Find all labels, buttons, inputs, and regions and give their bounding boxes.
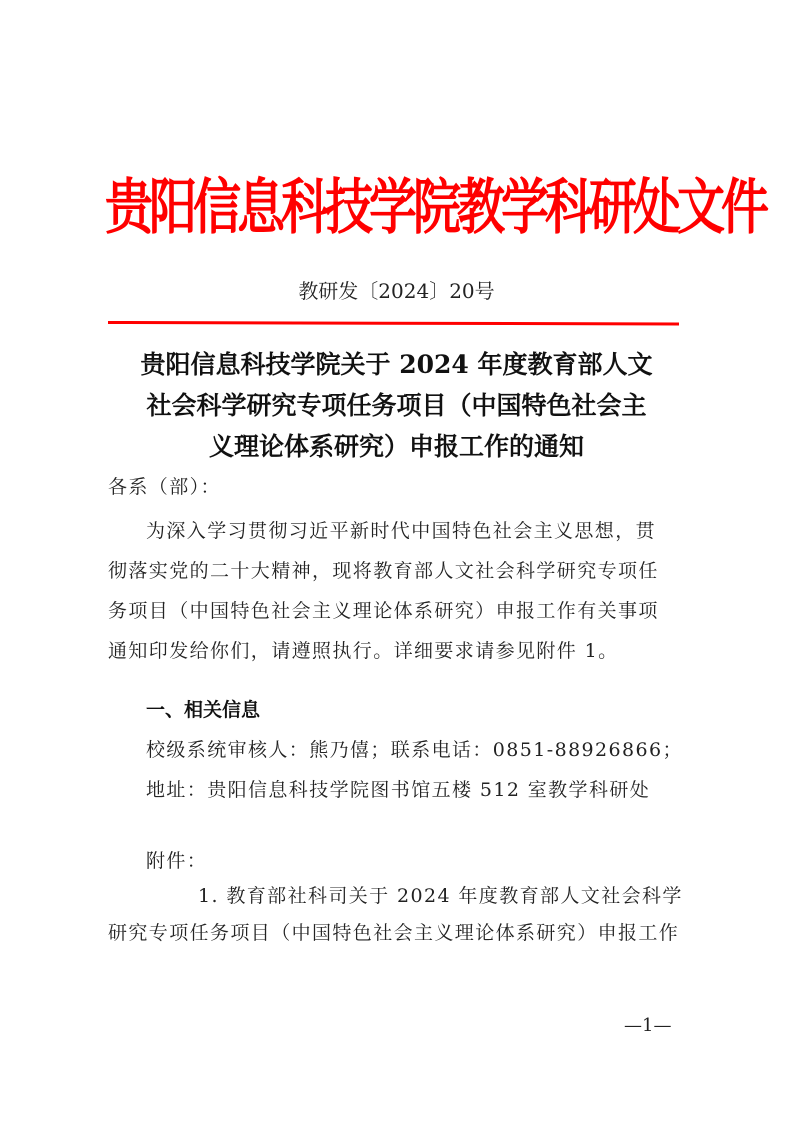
notice-title-line: 义理论体系研究）申报工作的通知: [0, 426, 793, 467]
notice-title-line: 社会科学研究专项任务项目（中国特色社会主: [0, 385, 793, 426]
attachment-item-line: 1. 教育部社科司关于 2024 年度教育部人文社会科学: [198, 881, 683, 908]
red-divider-rule: [108, 321, 679, 325]
notice-title: 贵阳信息科技学院关于 2024 年度教育部人文 社会科学研究专项任务项目（中国特…: [0, 344, 793, 467]
intro-paragraph-line: 通知印发给你们，请遵照执行。详细要求请参见附件 1。: [108, 636, 619, 663]
intro-paragraph-line: 为深入学习贯彻习近平新时代中国特色社会主义思想，贯: [146, 516, 656, 543]
intro-paragraph-line: 务项目（中国特色社会主义理论体系研究）申报工作有关事项: [108, 596, 659, 623]
contact-line: 校级系统审核人：熊乃僖；联系电话：0851-88926866；: [146, 735, 683, 762]
page-number: —1—: [624, 1015, 671, 1036]
section-heading: 一、相关信息: [146, 695, 260, 722]
issuer-title: 贵阳信息科技学院教学科研处文件: [105, 158, 690, 258]
attachment-item-line: 研究专项任务项目（中国特色社会主义理论体系研究）申报工作: [108, 918, 679, 945]
notice-title-line: 贵阳信息科技学院关于 2024 年度教育部人文: [0, 344, 793, 385]
intro-paragraph-line: 彻落实党的二十大精神，现将教育部人文社会科学研究专项任: [108, 556, 659, 583]
document-number: 教研发〔2024〕20号: [0, 275, 793, 304]
document-page: 贵阳信息科技学院教学科研处文件 教研发〔2024〕20号 贵阳信息科技学院关于 …: [0, 0, 793, 1122]
address-line: 地址：贵阳信息科技学院图书馆五楼 512 室教学科研处: [146, 775, 650, 802]
attachments-label: 附件：: [146, 846, 207, 873]
salutation: 各系（部）：: [108, 472, 221, 499]
